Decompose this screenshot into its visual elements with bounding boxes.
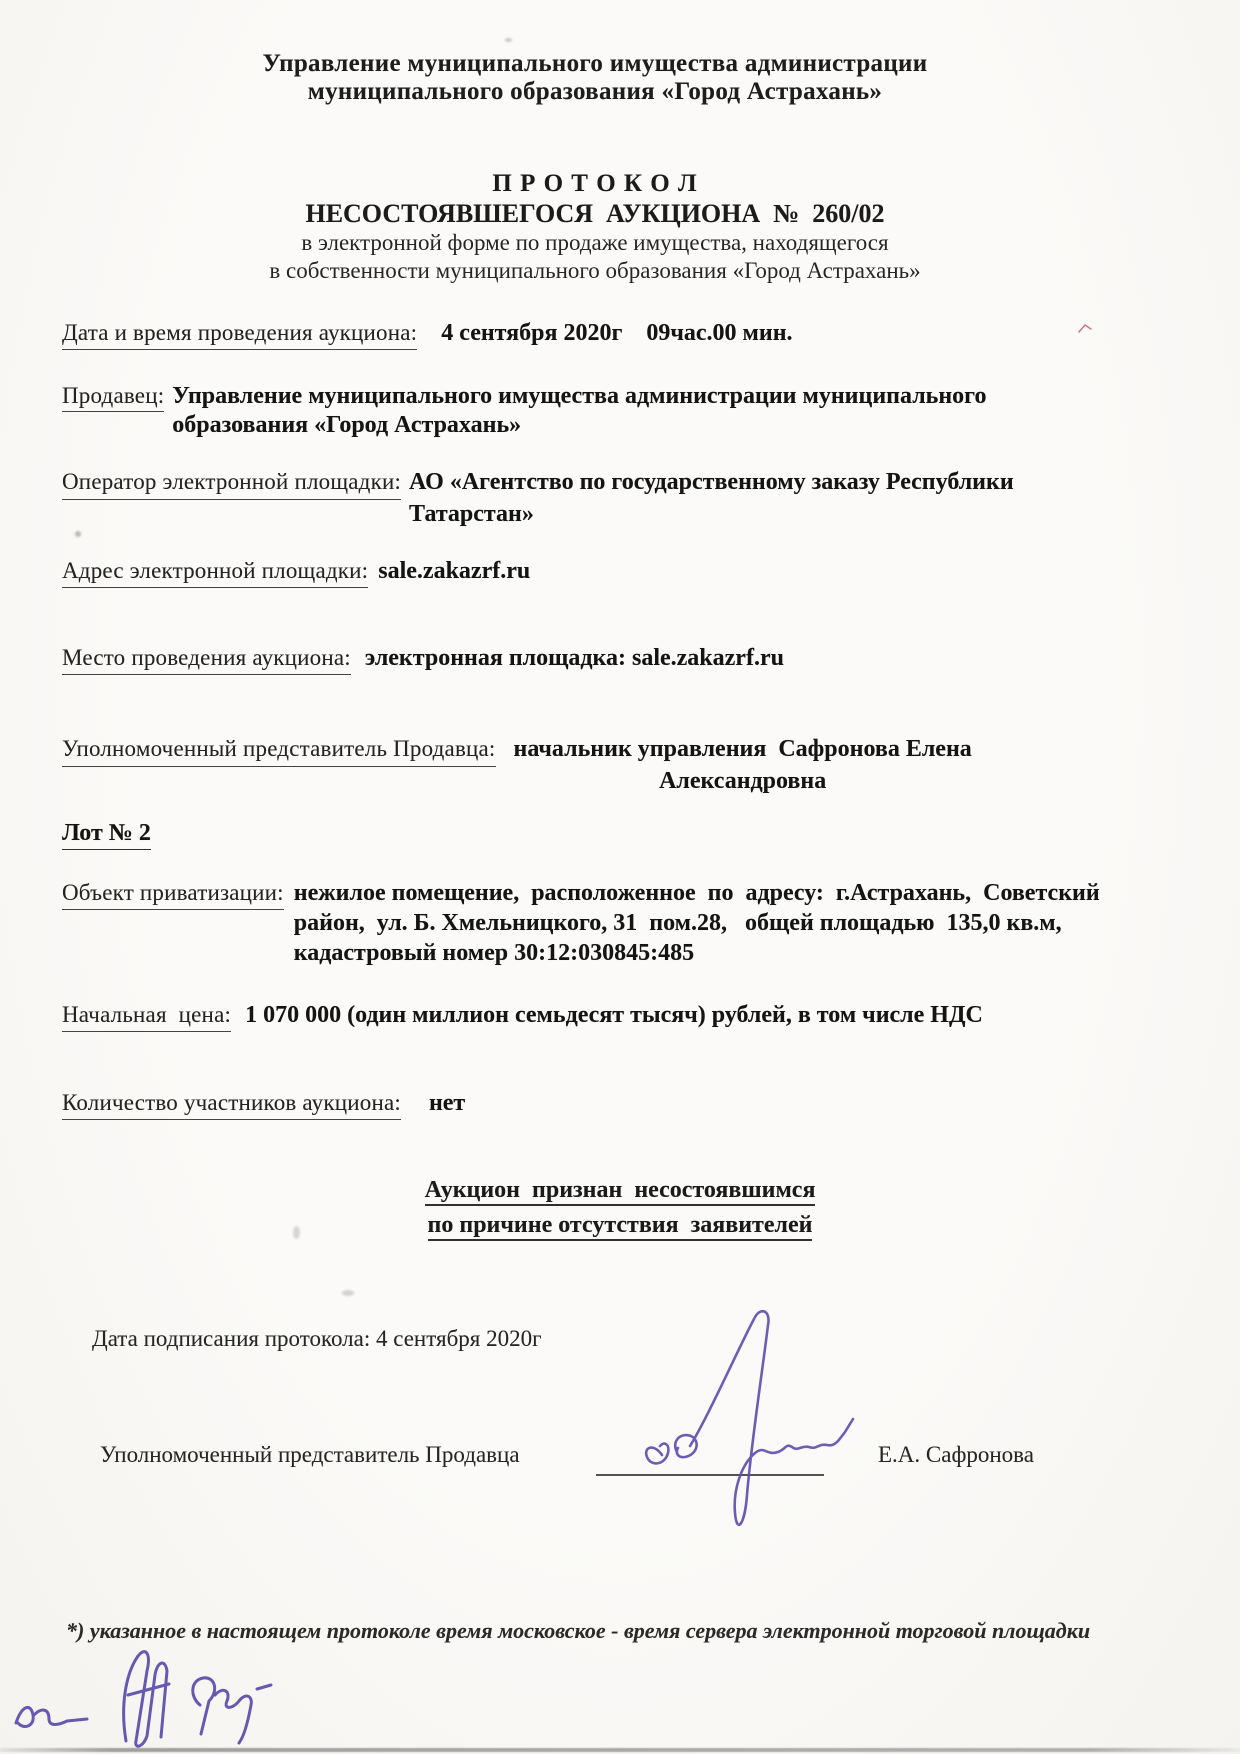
organization-name-line2: муниципального образования «Город Астрах… <box>0 78 1190 106</box>
signature-ink <box>620 1295 910 1555</box>
field-auction-datetime: Дата и время проведения аукциона: 4 сент… <box>62 318 793 350</box>
field-seller: Продавец: Управление муниципального имущ… <box>62 381 986 440</box>
organization-name-line1: Управление муниципального имущества адми… <box>0 50 1190 78</box>
field-value: 1 070 000 (один миллион семьдесят тысяч)… <box>245 1000 983 1030</box>
signature-representative-label: Уполномоченный представитель Продавца <box>100 1442 520 1468</box>
field-platform-operator: Оператор электронной площадки: АО «Агент… <box>62 466 1014 530</box>
auction-form-line2: в собственности муниципального образован… <box>0 257 1190 285</box>
field-privatization-object: Объект приватизации: нежилое помещение, … <box>62 878 1100 968</box>
field-value: Управление муниципального имущества адми… <box>172 382 986 440</box>
field-value: начальник управления Сафронова Елена Але… <box>514 733 972 797</box>
field-value: АО «Агентство по государственному заказу… <box>409 466 1014 530</box>
field-label: Место проведения аукциона: <box>62 643 351 675</box>
field-value: электронная площадка: sale.zakazrf.ru <box>365 643 784 673</box>
scan-speck <box>293 1226 300 1239</box>
field-label: Объект приватизации: <box>62 878 284 910</box>
field-label: Уполномоченный представитель Продавца: <box>62 733 496 767</box>
field-label: Оператор электронной площадки: <box>62 466 401 500</box>
scribble-stroke-2 <box>124 1652 169 1747</box>
protocol-title: П Р О Т О К О Л <box>0 170 1190 198</box>
red-check-stroke <box>1079 325 1091 332</box>
field-value: нежилое помещение, расположенное по адре… <box>294 878 1100 968</box>
field-participants-count: Количество участников аукциона: нет <box>62 1088 465 1120</box>
decision-line2: по причине отсутствия заявителей <box>428 1212 813 1241</box>
footnote-moscow-time: *) указанное в настоящем протоколе время… <box>66 1618 1090 1644</box>
field-value: sale.zakazrf.ru <box>378 556 530 586</box>
field-initial-price: Начальная цена: 1 070 000 (один миллион … <box>62 1000 983 1032</box>
field-label: Начальная цена: <box>62 1000 231 1032</box>
scanned-protocol-page: Управление муниципального имущества адми… <box>0 0 1240 1754</box>
field-value: 4 сентября 2020г 09час.00 мин. <box>441 318 792 348</box>
auction-decision: Аукцион признан несостоявшимся по причин… <box>62 1174 1178 1244</box>
scan-bottom-edge <box>0 1748 1240 1752</box>
signature-stroke-main <box>675 1311 853 1525</box>
auction-form-line1: в электронной форме по продаже имущества… <box>0 229 1190 257</box>
field-auction-venue: Место проведения аукциона: электронная п… <box>62 643 784 675</box>
signature-representative-name: Е.А. Сафронова <box>878 1442 1034 1468</box>
signature-line <box>596 1448 824 1476</box>
lot-number: Лот № 2 <box>62 818 151 850</box>
protocol-subtitle: НЕСОСТОЯВШЕГОСЯ АУКЦИОНА № 260/02 <box>0 198 1190 229</box>
signing-date-line: Дата подписания протокола: 4 сентября 20… <box>92 1326 542 1352</box>
scribble-stroke-1 <box>16 1707 87 1726</box>
field-label: Адрес электронной площадки: <box>62 556 368 588</box>
scan-speck <box>505 38 512 42</box>
handwritten-scribble-ink <box>8 1645 308 1751</box>
field-seller-representative: Уполномоченный представитель Продавца: н… <box>62 733 972 797</box>
field-value: нет <box>429 1088 465 1118</box>
field-label: Количество участников аукциона: <box>62 1088 401 1120</box>
red-check-mark <box>1076 320 1094 336</box>
field-label: Продавец: <box>62 381 164 412</box>
lot-heading: Лот № 2 <box>62 818 151 850</box>
document-header: Управление муниципального имущества адми… <box>0 50 1190 285</box>
decision-line1: Аукцион признан несостоявшимся <box>425 1177 816 1206</box>
field-label: Дата и время проведения аукциона: <box>62 318 417 350</box>
scan-speck <box>75 531 81 537</box>
field-platform-address: Адрес электронной площадки: sale.zakazrf… <box>62 556 530 588</box>
scribble-stroke-3 <box>193 1678 271 1743</box>
scan-speck <box>342 1290 354 1296</box>
